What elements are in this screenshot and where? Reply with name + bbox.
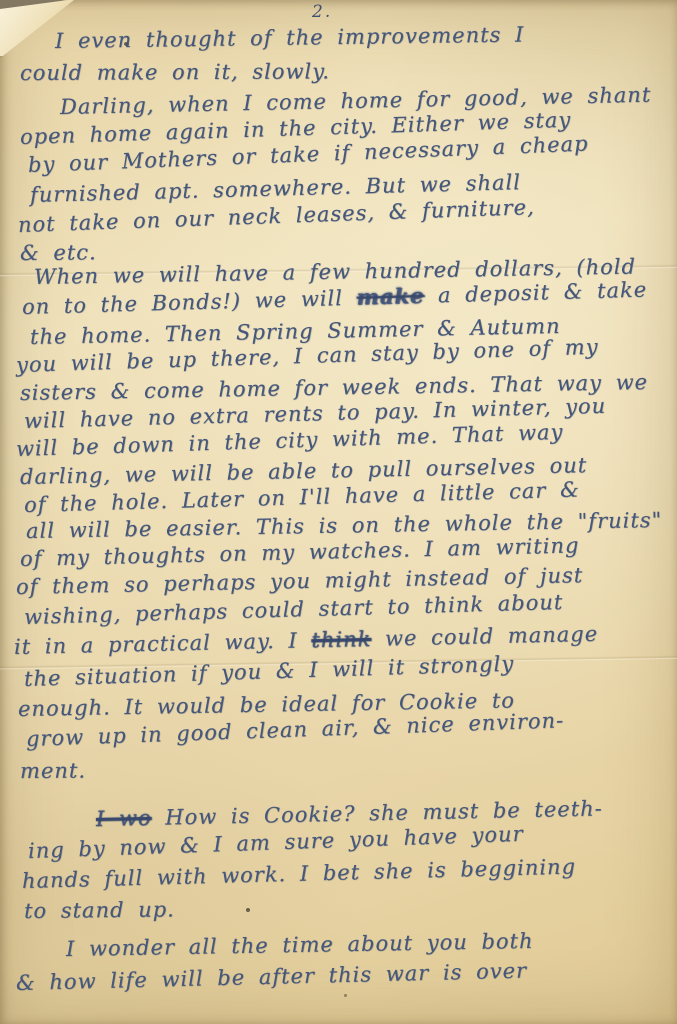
- letter-line: to stand up.: [24, 896, 175, 924]
- line-text: on to the Bonds!) we will: [22, 286, 357, 319]
- line-text: it in a practical way. I: [14, 628, 312, 659]
- letter-line: I wonder all the time about you both: [66, 928, 534, 962]
- struck-word: think: [311, 627, 371, 652]
- letter-line: I even thought of the improvements I: [55, 21, 525, 54]
- ink-speck: [344, 994, 347, 997]
- letter-line: & etc.: [20, 239, 97, 266]
- line-text: we could manage: [371, 622, 598, 651]
- page-number: 2.: [312, 2, 332, 22]
- line-text: a deposit & take: [424, 278, 648, 308]
- struck-word: I wo: [96, 806, 152, 831]
- letter-page: 2. I even thought of the improvements I …: [0, 0, 677, 1024]
- letter-line: ment.: [20, 758, 86, 784]
- letter-line: could make on it, slowly.: [20, 58, 330, 86]
- letter-line: & how life will be after this war is ove…: [16, 958, 528, 996]
- ink-speck: [246, 908, 250, 912]
- overwritten-word: make: [356, 283, 424, 310]
